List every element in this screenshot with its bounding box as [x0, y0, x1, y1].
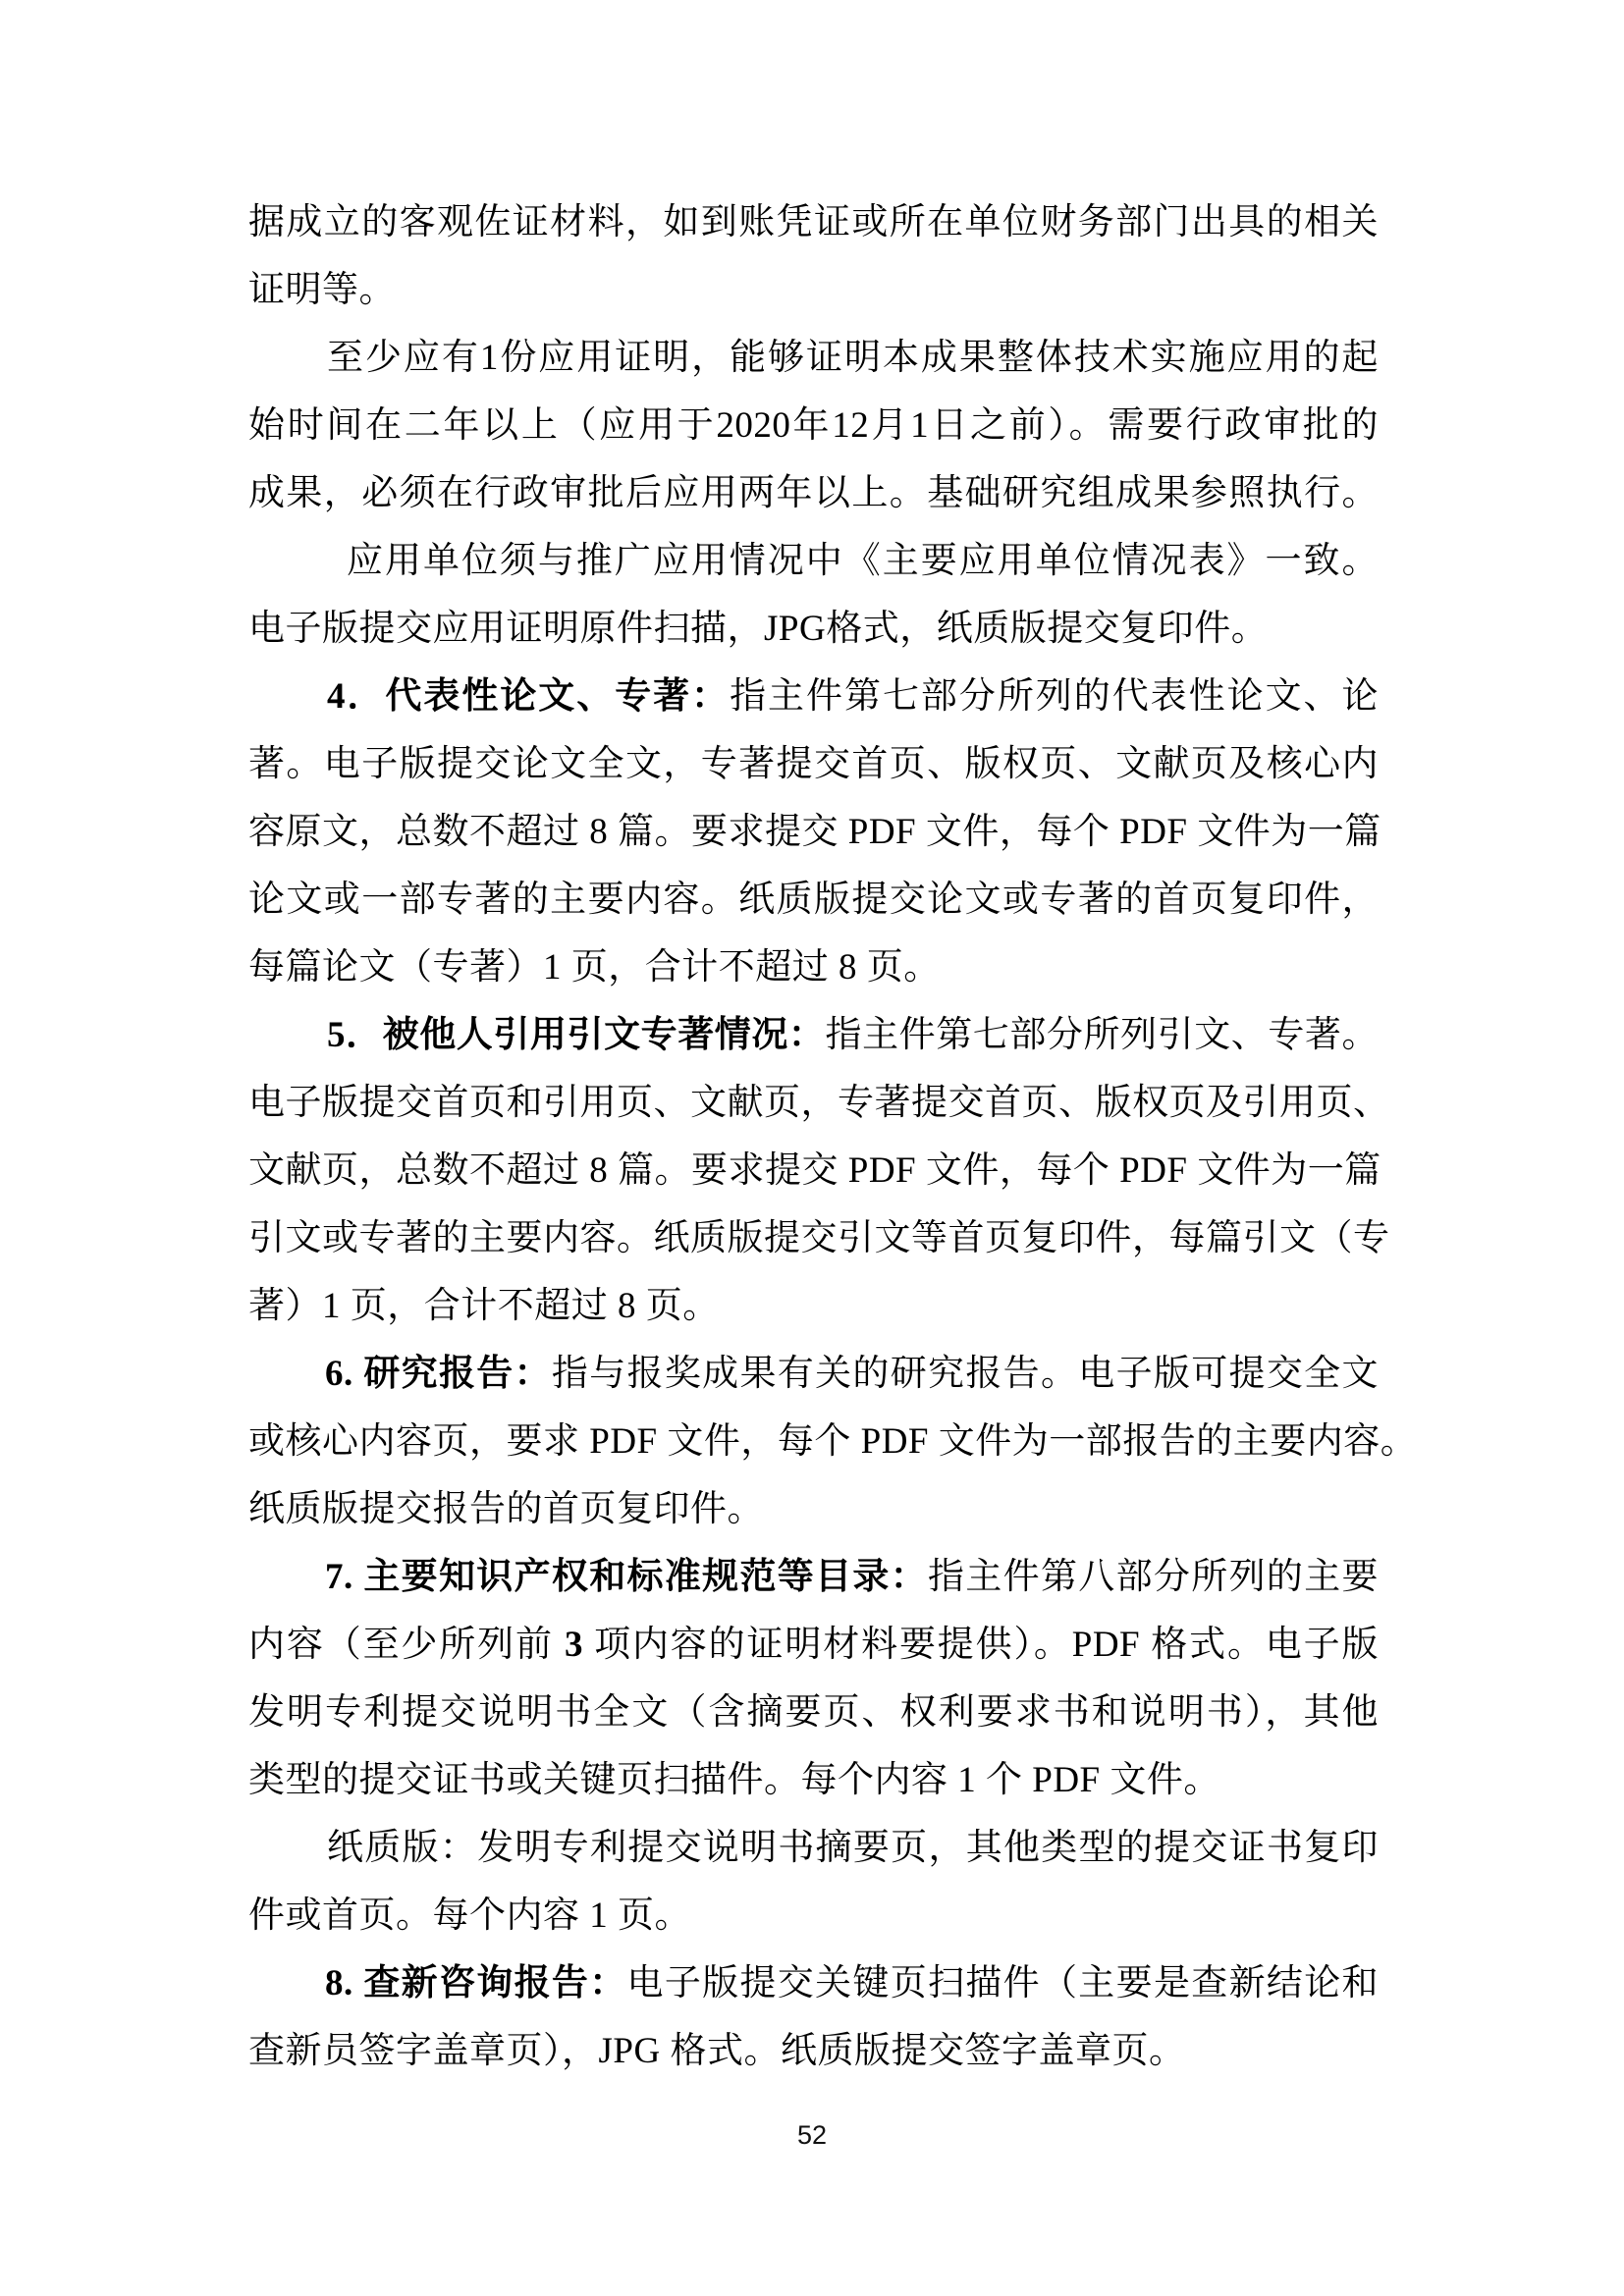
body-segment: 应用单位须与推广应用情况中《主要应用单位情况表》一致。 [347, 541, 1379, 581]
text-line: 查新员签字盖章页），JPG 格式。纸质版提交签字盖章页。 [248, 2017, 1379, 2085]
text-line: 5．被他人引用引文专著情况：指主件第七部分所列引文、专著。 [248, 1001, 1379, 1069]
heading-segment: 4．代表性论文、专著： [327, 676, 730, 717]
heading-segment: 7. 主要知识产权和标准规范等目录： [325, 1557, 928, 1597]
text-line: 内容（至少所列前 3 项内容的证明材料要提供）。PDF 格式。电子版 [248, 1611, 1379, 1679]
text-line: 或核心内容页，要求 PDF 文件，每个 PDF 文件为一部报告的主要内容。 [248, 1408, 1379, 1475]
text-line: 著）1 页，合计不超过 8 页。 [248, 1272, 1379, 1340]
body-segment: 指主件第八部分所列的主要 [928, 1557, 1379, 1597]
text-line: 6. 研究报告：指与报奖成果有关的研究报告。电子版可提交全文 [248, 1340, 1379, 1408]
text-line: 纸质版提交报告的首页复印件。 [248, 1475, 1379, 1543]
body-segment: 引文或专著的主要内容。纸质版提交引文等首页复印件，每篇引文（专 [248, 1218, 1390, 1258]
heading-segment: 3 [565, 1625, 583, 1665]
body-segment: 项内容的证明材料要提供）。PDF 格式。电子版 [583, 1625, 1379, 1665]
text-line: 证明等。 [248, 256, 1379, 324]
text-line: 始时间在二年以上（应用于2020年12月1日之前）。需要行政审批的 [248, 392, 1379, 459]
body-segment: 电子版提交首页和引用页、文献页，专著提交首页、版权页及引用页、 [248, 1083, 1390, 1123]
body-segment: 类型的提交证书或关键页扫描件。每个内容 1 个 PDF 文件。 [248, 1760, 1220, 1800]
body-segment: 电子版提交应用证明原件扫描，JPG格式，纸质版提交复印件。 [248, 609, 1268, 649]
text-block: 据成立的客观佐证材料，如到账凭证或所在单位财务部门出具的相关证明等。至少应有1份… [248, 188, 1379, 2085]
text-line: 至少应有1份应用证明，能够证明本成果整体技术实施应用的起 [248, 324, 1379, 392]
text-line: 论文或一部专著的主要内容。纸质版提交论文或专著的首页复印件， [248, 866, 1379, 934]
body-segment: 指主件第七部分所列引文、专著。 [826, 1015, 1380, 1055]
body-segment: 或核心内容页，要求 PDF 文件，每个 PDF 文件为一部报告的主要内容。 [248, 1421, 1417, 1462]
body-segment: 内容（至少所列前 [248, 1625, 565, 1665]
text-line: 成果，必须在行政审批后应用两年以上。基础研究组成果参照执行。 [248, 459, 1379, 527]
text-line: 应用单位须与推广应用情况中《主要应用单位情况表》一致。 [248, 527, 1379, 595]
text-line: 发明专利提交说明书全文（含摘要页、权利要求书和说明书），其他 [248, 1679, 1379, 1746]
body-segment: 据成立的客观佐证材料，如到账凭证或所在单位财务部门出具的相关 [248, 202, 1379, 242]
text-line: 8. 查新咨询报告：电子版提交关键页扫描件（主要是查新结论和 [248, 1949, 1379, 2017]
body-segment: 著。电子版提交论文全文，专著提交首页、版权页、文献页及核心内 [248, 744, 1379, 784]
text-line: 7. 主要知识产权和标准规范等目录：指主件第八部分所列的主要 [248, 1543, 1379, 1611]
text-line: 每篇论文（专著）1 页，合计不超过 8 页。 [248, 934, 1379, 1001]
body-segment: 容原文，总数不超过 8 篇。要求提交 PDF 文件，每个 PDF 文件为一篇 [248, 812, 1381, 852]
text-line: 引文或专著的主要内容。纸质版提交引文等首页复印件，每篇引文（专 [248, 1204, 1379, 1272]
text-line: 电子版提交应用证明原件扫描，JPG格式，纸质版提交复印件。 [248, 595, 1379, 663]
body-segment: 纸质版提交报告的首页复印件。 [248, 1489, 764, 1529]
body-segment: 每篇论文（专著）1 页，合计不超过 8 页。 [248, 947, 941, 988]
body-segment: 指与报奖成果有关的研究报告。电子版可提交全文 [552, 1354, 1379, 1394]
body-segment: 件或首页。每个内容 1 页。 [248, 1896, 691, 1936]
text-line: 据成立的客观佐证材料，如到账凭证或所在单位财务部门出具的相关 [248, 188, 1379, 256]
body-segment: 证明等。 [248, 270, 396, 310]
body-segment: 文献页，总数不超过 8 篇。要求提交 PDF 文件，每个 PDF 文件为一篇 [248, 1150, 1381, 1191]
document-page: 据成立的客观佐证材料，如到账凭证或所在单位财务部门出具的相关证明等。至少应有1份… [0, 0, 1624, 2296]
body-segment: 纸质版：发明专利提交说明书摘要页，其他类型的提交证书复印 [327, 1828, 1379, 1868]
text-line: 著。电子版提交论文全文，专著提交首页、版权页、文献页及核心内 [248, 730, 1379, 798]
heading-segment: 6. 研究报告： [325, 1354, 552, 1394]
body-segment: 发明专利提交说明书全文（含摘要页、权利要求书和说明书），其他 [248, 1692, 1379, 1733]
text-line: 电子版提交首页和引用页、文献页，专著提交首页、版权页及引用页、 [248, 1069, 1379, 1137]
body-segment: 电子版提交关键页扫描件（主要是查新结论和 [627, 1963, 1379, 2003]
page-number: 52 [0, 2120, 1624, 2151]
body-segment: 始时间在二年以上（应用于2020年12月1日之前）。需要行政审批的 [248, 405, 1379, 446]
body-segment: 指主件第七部分所列的代表性论文、论 [730, 676, 1379, 717]
body-segment: 查新员签字盖章页），JPG 格式。纸质版提交签字盖章页。 [248, 2031, 1185, 2071]
body-segment: 著）1 页，合计不超过 8 页。 [248, 1286, 720, 1326]
body-segment: 至少应有1份应用证明，能够证明本成果整体技术实施应用的起 [327, 338, 1379, 378]
text-line: 件或首页。每个内容 1 页。 [248, 1882, 1379, 1949]
text-line: 纸质版：发明专利提交说明书摘要页，其他类型的提交证书复印 [248, 1814, 1379, 1882]
body-segment: 成果，必须在行政审批后应用两年以上。基础研究组成果参照执行。 [248, 473, 1379, 513]
text-line: 文献页，总数不超过 8 篇。要求提交 PDF 文件，每个 PDF 文件为一篇 [248, 1137, 1379, 1204]
text-line: 容原文，总数不超过 8 篇。要求提交 PDF 文件，每个 PDF 文件为一篇 [248, 798, 1379, 866]
text-line: 类型的提交证书或关键页扫描件。每个内容 1 个 PDF 文件。 [248, 1746, 1379, 1814]
heading-segment: 5．被他人引用引文专著情况： [327, 1015, 826, 1055]
body-segment: 论文或一部专著的主要内容。纸质版提交论文或专著的首页复印件， [248, 880, 1379, 920]
text-line: 4．代表性论文、专著：指主件第七部分所列的代表性论文、论 [248, 663, 1379, 730]
heading-segment: 8. 查新咨询报告： [325, 1963, 627, 2003]
